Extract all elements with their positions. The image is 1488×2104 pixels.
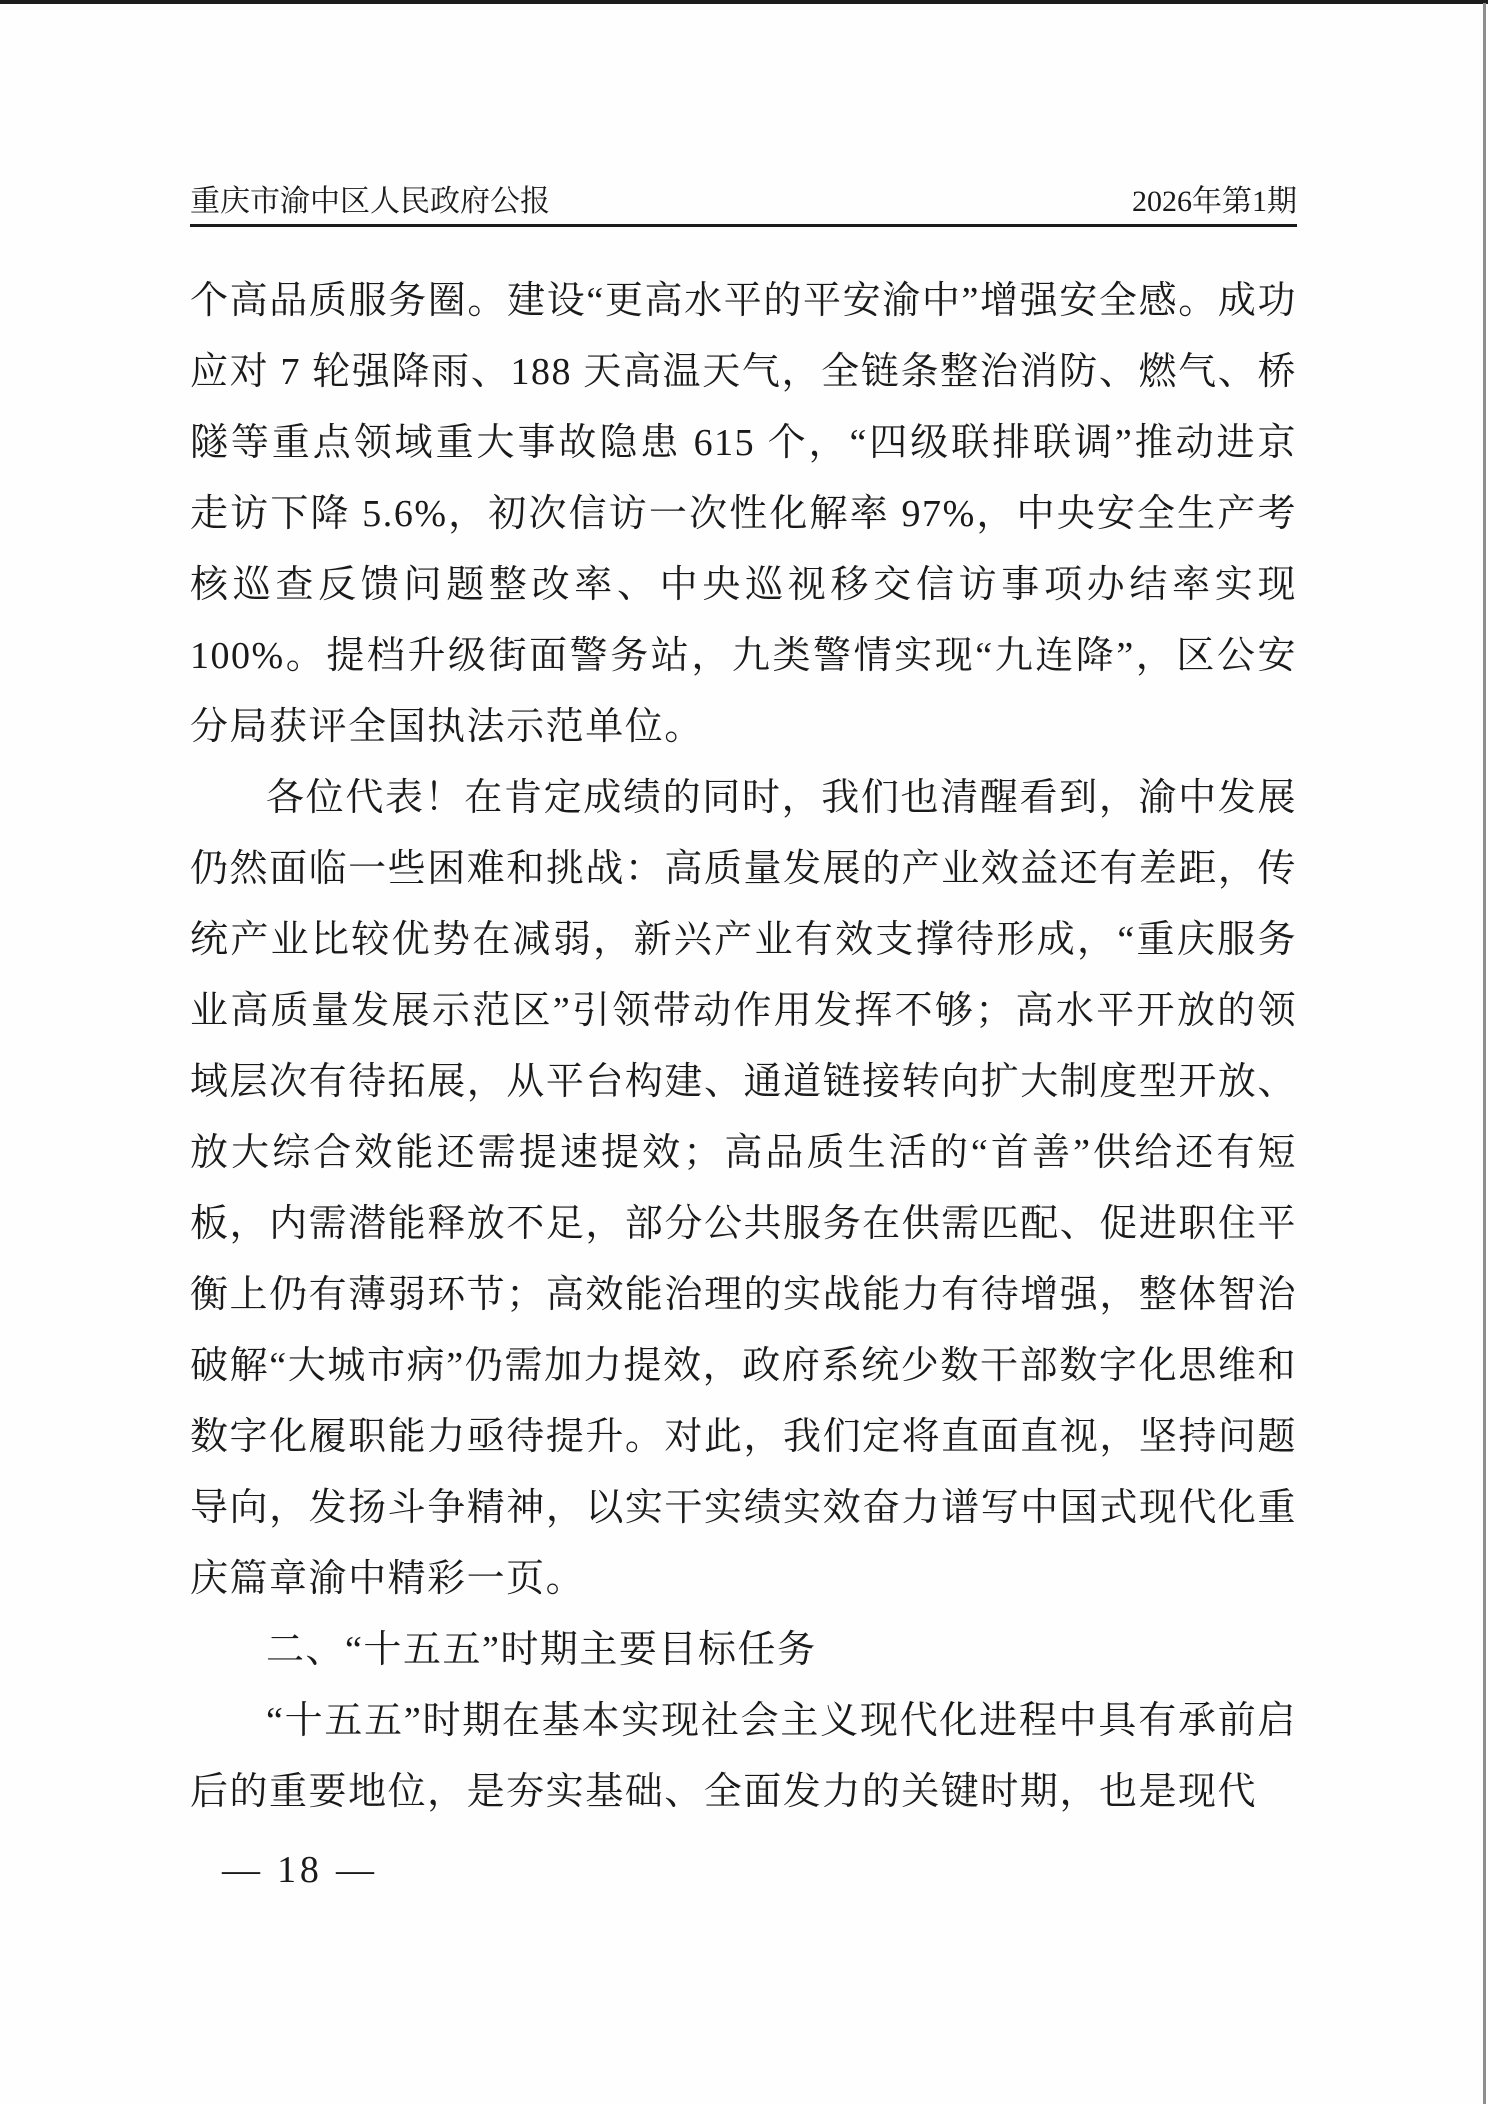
gazette-title: 重庆市渝中区人民政府公报: [190, 183, 550, 221]
issue-number: 2026年第1期: [1132, 183, 1297, 221]
body-paragraph-continuation: 个高品质服务圈。建设“更高水平的平安渝中”增强安全感。成功应对 7 轮强降雨、1…: [190, 266, 1297, 763]
document-body: 个高品质服务圈。建设“更高水平的平安渝中”增强安全感。成功应对 7 轮强降雨、1…: [190, 266, 1297, 1828]
body-paragraph: “十五五”时期在基本实现社会主义现代化进程中具有承前启后的重要地位，是夯实基础、…: [190, 1686, 1297, 1828]
section-heading: 二、“十五五”时期主要目标任务: [190, 1615, 1297, 1686]
right-border-line: [1483, 3, 1486, 2104]
top-border-line: [0, 0, 1488, 4]
running-head: 重庆市渝中区人民政府公报 2026年第1期: [190, 183, 1297, 221]
header-rule: [190, 224, 1297, 227]
page-number: — 18 —: [222, 1849, 378, 1891]
gazette-page: 重庆市渝中区人民政府公报 2026年第1期 个高品质服务圈。建设“更高水平的平安…: [0, 0, 1488, 2104]
page-footer: — 18 —: [222, 1848, 378, 1892]
body-paragraph: 各位代表！在肯定成绩的同时，我们也清醒看到，渝中发展仍然面临一些困难和挑战：高质…: [190, 763, 1297, 1615]
